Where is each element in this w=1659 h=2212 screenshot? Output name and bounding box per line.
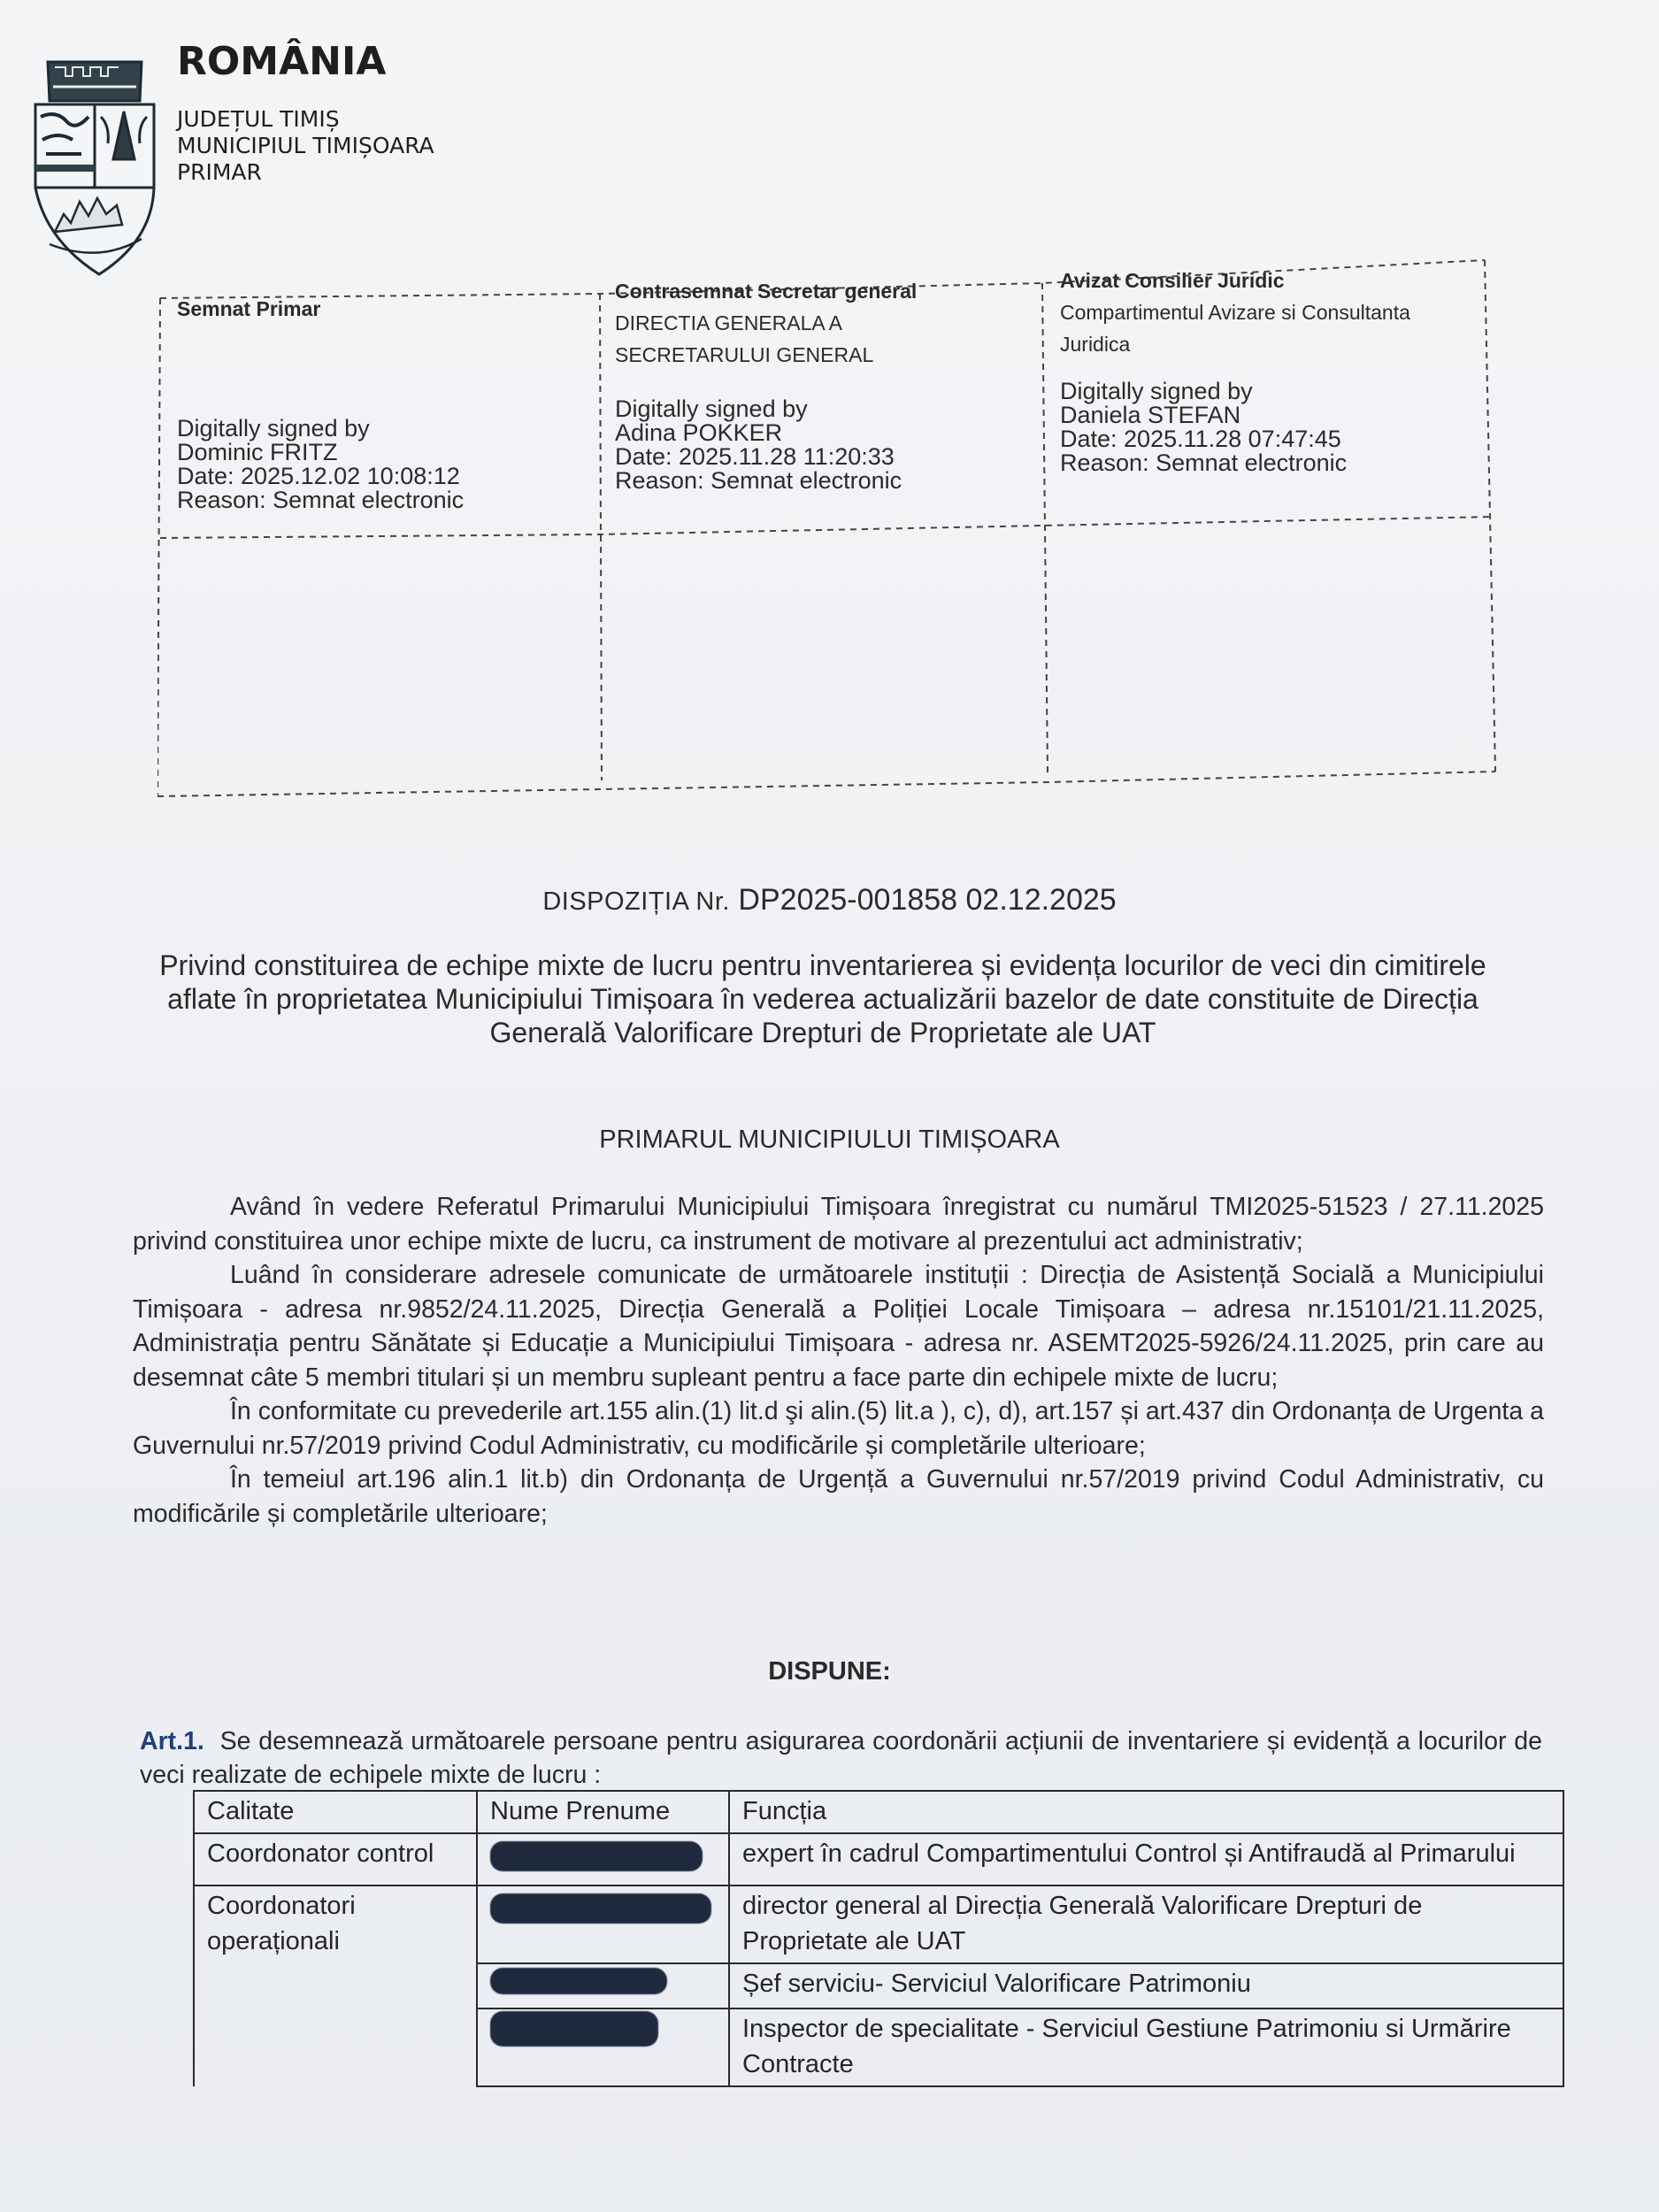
table-header-row: Calitate Nume Prenume Funcția (194, 1791, 1563, 1833)
signature-department-line: SECRETARULUI GENERAL (615, 339, 1031, 371)
dispune-heading: DISPUNE: (0, 1657, 1659, 1686)
document-subject: Privind constituirea de echipe mixte de … (133, 949, 1513, 1049)
signature-reason: Reason: Semnat electronic (177, 488, 593, 512)
preamble: Având în vedere Referatul Primarului Mun… (133, 1190, 1544, 1531)
document-title-label: DISPOZIȚIA Nr. (542, 887, 730, 916)
table-row: Coordonator control expert în cadrul Com… (194, 1833, 1563, 1886)
signature-title: Avizat Consilier Juridic (1060, 269, 1485, 293)
signature-block-legal: Avizat Consilier Juridic Compartimentul … (1060, 269, 1485, 475)
signature-grid: Semnat Primar Digitally signed by Domini… (157, 258, 1498, 798)
redaction-mark (490, 1893, 711, 1924)
signature-title: Contrasemnat Secretar general (615, 280, 1031, 303)
municipality-line: MUNICIPIUL TIMIȘOARA (177, 133, 434, 159)
cell-calitate: Coordonator control (194, 1833, 477, 1886)
redaction-mark (490, 1968, 667, 1994)
cell-nume-redacted (477, 1886, 729, 1963)
signed-by-label: Digitally signed by (1060, 380, 1485, 403)
preamble-paragraph: În temeiul art.196 alin.1 lit.b) din Ord… (133, 1463, 1544, 1531)
article-text: Se desemnează următoarele persoane pentr… (140, 1727, 1542, 1789)
cell-functia: Șef serviciu- Serviciul Valorificare Pat… (729, 1963, 1563, 2008)
cell-functia: director general al Direcția Generală Va… (729, 1886, 1563, 1963)
article-label: Art.1. (140, 1727, 204, 1755)
cell-nume-redacted (477, 1963, 729, 2008)
preamble-paragraph: În conformitate cu prevederile art.155 a… (133, 1394, 1544, 1463)
signature-reason: Reason: Semnat electronic (615, 469, 1031, 493)
article-1: Art.1. Se desemnează următoarele persoan… (140, 1724, 1542, 1792)
signer-name: Adina POKKER (615, 421, 1031, 445)
column-header: Funcția (729, 1791, 1563, 1833)
cell-functia: expert în cadrul Compartimentului Contro… (729, 1833, 1563, 1886)
coat-of-arms-icon (28, 55, 161, 280)
signer-name: Daniela STEFAN (1060, 403, 1485, 427)
document-number: DP2025-001858 02.12.2025 (738, 883, 1116, 917)
signature-reason: Reason: Semnat electronic (1060, 451, 1485, 475)
cell-functia: Inspector de specialitate - Serviciul Ge… (729, 2008, 1563, 2086)
country-heading: ROMÂNIA (177, 39, 386, 84)
table-row: Coordonatori operaționali director gener… (194, 1886, 1563, 1963)
cell-calitate: Coordonatori operaționali (194, 1886, 477, 2086)
redaction-mark (490, 1841, 703, 1871)
signature-block-secretary: Contrasemnat Secretar general DIRECTIA G… (615, 280, 1031, 493)
preamble-paragraph: Având în vedere Referatul Primarului Mun… (133, 1190, 1544, 1258)
signature-department-line: DIRECTIA GENERALA A (615, 307, 1031, 339)
signature-department-line: Compartimentul Avizare si Consultanta (1060, 296, 1485, 328)
signature-date: Date: 2025.11.28 07:47:45 (1060, 427, 1485, 451)
redaction-mark (490, 2011, 658, 2047)
signed-by-label: Digitally signed by (177, 417, 593, 441)
signature-date: Date: 2025.11.28 11:20:33 (615, 445, 1031, 469)
signature-title: Semnat Primar (177, 297, 593, 321)
signature-department-line: Juridica (1060, 328, 1485, 360)
signature-block-mayor: Semnat Primar Digitally signed by Domini… (177, 297, 593, 512)
signature-date: Date: 2025.12.02 10:08:12 (177, 465, 593, 488)
issuer-heading: PRIMARUL MUNICIPIULUI TIMIȘOARA (0, 1125, 1659, 1155)
document-title: DISPOZIȚIA Nr. DP2025-001858 02.12.2025 (0, 883, 1659, 918)
cell-nume-redacted (477, 1833, 729, 1886)
signer-name: Dominic FRITZ (177, 441, 593, 465)
coordinators-table: Calitate Nume Prenume Funcția Coordonato… (193, 1790, 1564, 2087)
signed-by-label: Digitally signed by (615, 397, 1031, 421)
office-line: PRIMAR (177, 159, 262, 186)
preamble-paragraph: Luând în considerare adresele comunicate… (133, 1258, 1544, 1394)
county-line: JUDEȚUL TIMIȘ (177, 106, 340, 133)
column-header: Nume Prenume (477, 1791, 729, 1833)
column-header: Calitate (194, 1791, 477, 1833)
cell-nume-redacted (477, 2008, 729, 2086)
